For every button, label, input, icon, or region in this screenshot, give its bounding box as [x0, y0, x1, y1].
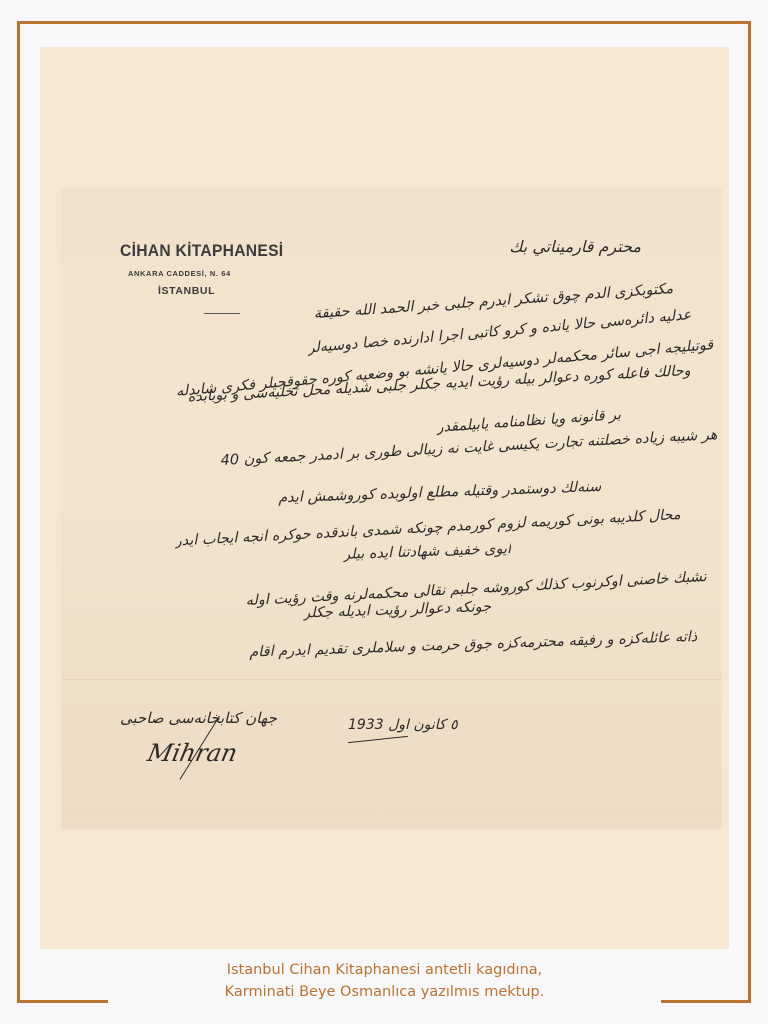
letter-date: ٥ كانون اول 1933	[348, 717, 458, 733]
letterhead-city: İSTANBUL	[120, 285, 270, 297]
frame-border-left	[17, 21, 20, 1003]
paper-fold-line	[62, 679, 721, 680]
letter-line: ذاته عائله‌كزه و رفيقه محترمه‌كزه جوق حر…	[249, 629, 698, 661]
frame-border-top	[17, 21, 751, 24]
letterhead-name: CİHAN KİTAPHANESİ	[120, 241, 258, 261]
frame-border-bottom-right	[661, 1000, 751, 1003]
letterhead-ornament	[204, 313, 240, 314]
caption-line-1: Istanbul Cihan Kitaphanesi antetli kagıd…	[108, 959, 661, 981]
letter-salutation: محترم قارميناتي بك	[509, 237, 641, 256]
letterhead: CİHAN KİTAPHANESİ ANKARA CADDESİ, N. 64 …	[120, 241, 270, 297]
image-caption: Istanbul Cihan Kitaphanesi antetli kagıd…	[108, 959, 661, 1003]
letter-line: بر قانونه ويا نظامنامه يابيلمقدر	[436, 407, 622, 436]
caption-line-2: Karminati Beye Osmanlıca yazılmıs mektup…	[108, 981, 661, 1003]
date-underline	[348, 736, 408, 743]
letter-line: سنه‌لك دوستمدر وقتيله مطلع اولوبده كوروش…	[278, 479, 602, 506]
frame-border-right	[748, 21, 751, 1003]
letter-line: ايوى خفيف شهادتنا ايده بيلر	[343, 541, 512, 563]
letter-closing: جهان كتابخانه‌سى صاحبى	[120, 709, 277, 727]
signature: Mihran	[145, 739, 240, 767]
letter-image: CİHAN KİTAPHANESİ ANKARA CADDESİ, N. 64 …	[62, 189, 721, 829]
letterhead-address: ANKARA CADDESİ, N. 64	[120, 269, 270, 278]
frame-border-bottom-left	[17, 1000, 108, 1003]
